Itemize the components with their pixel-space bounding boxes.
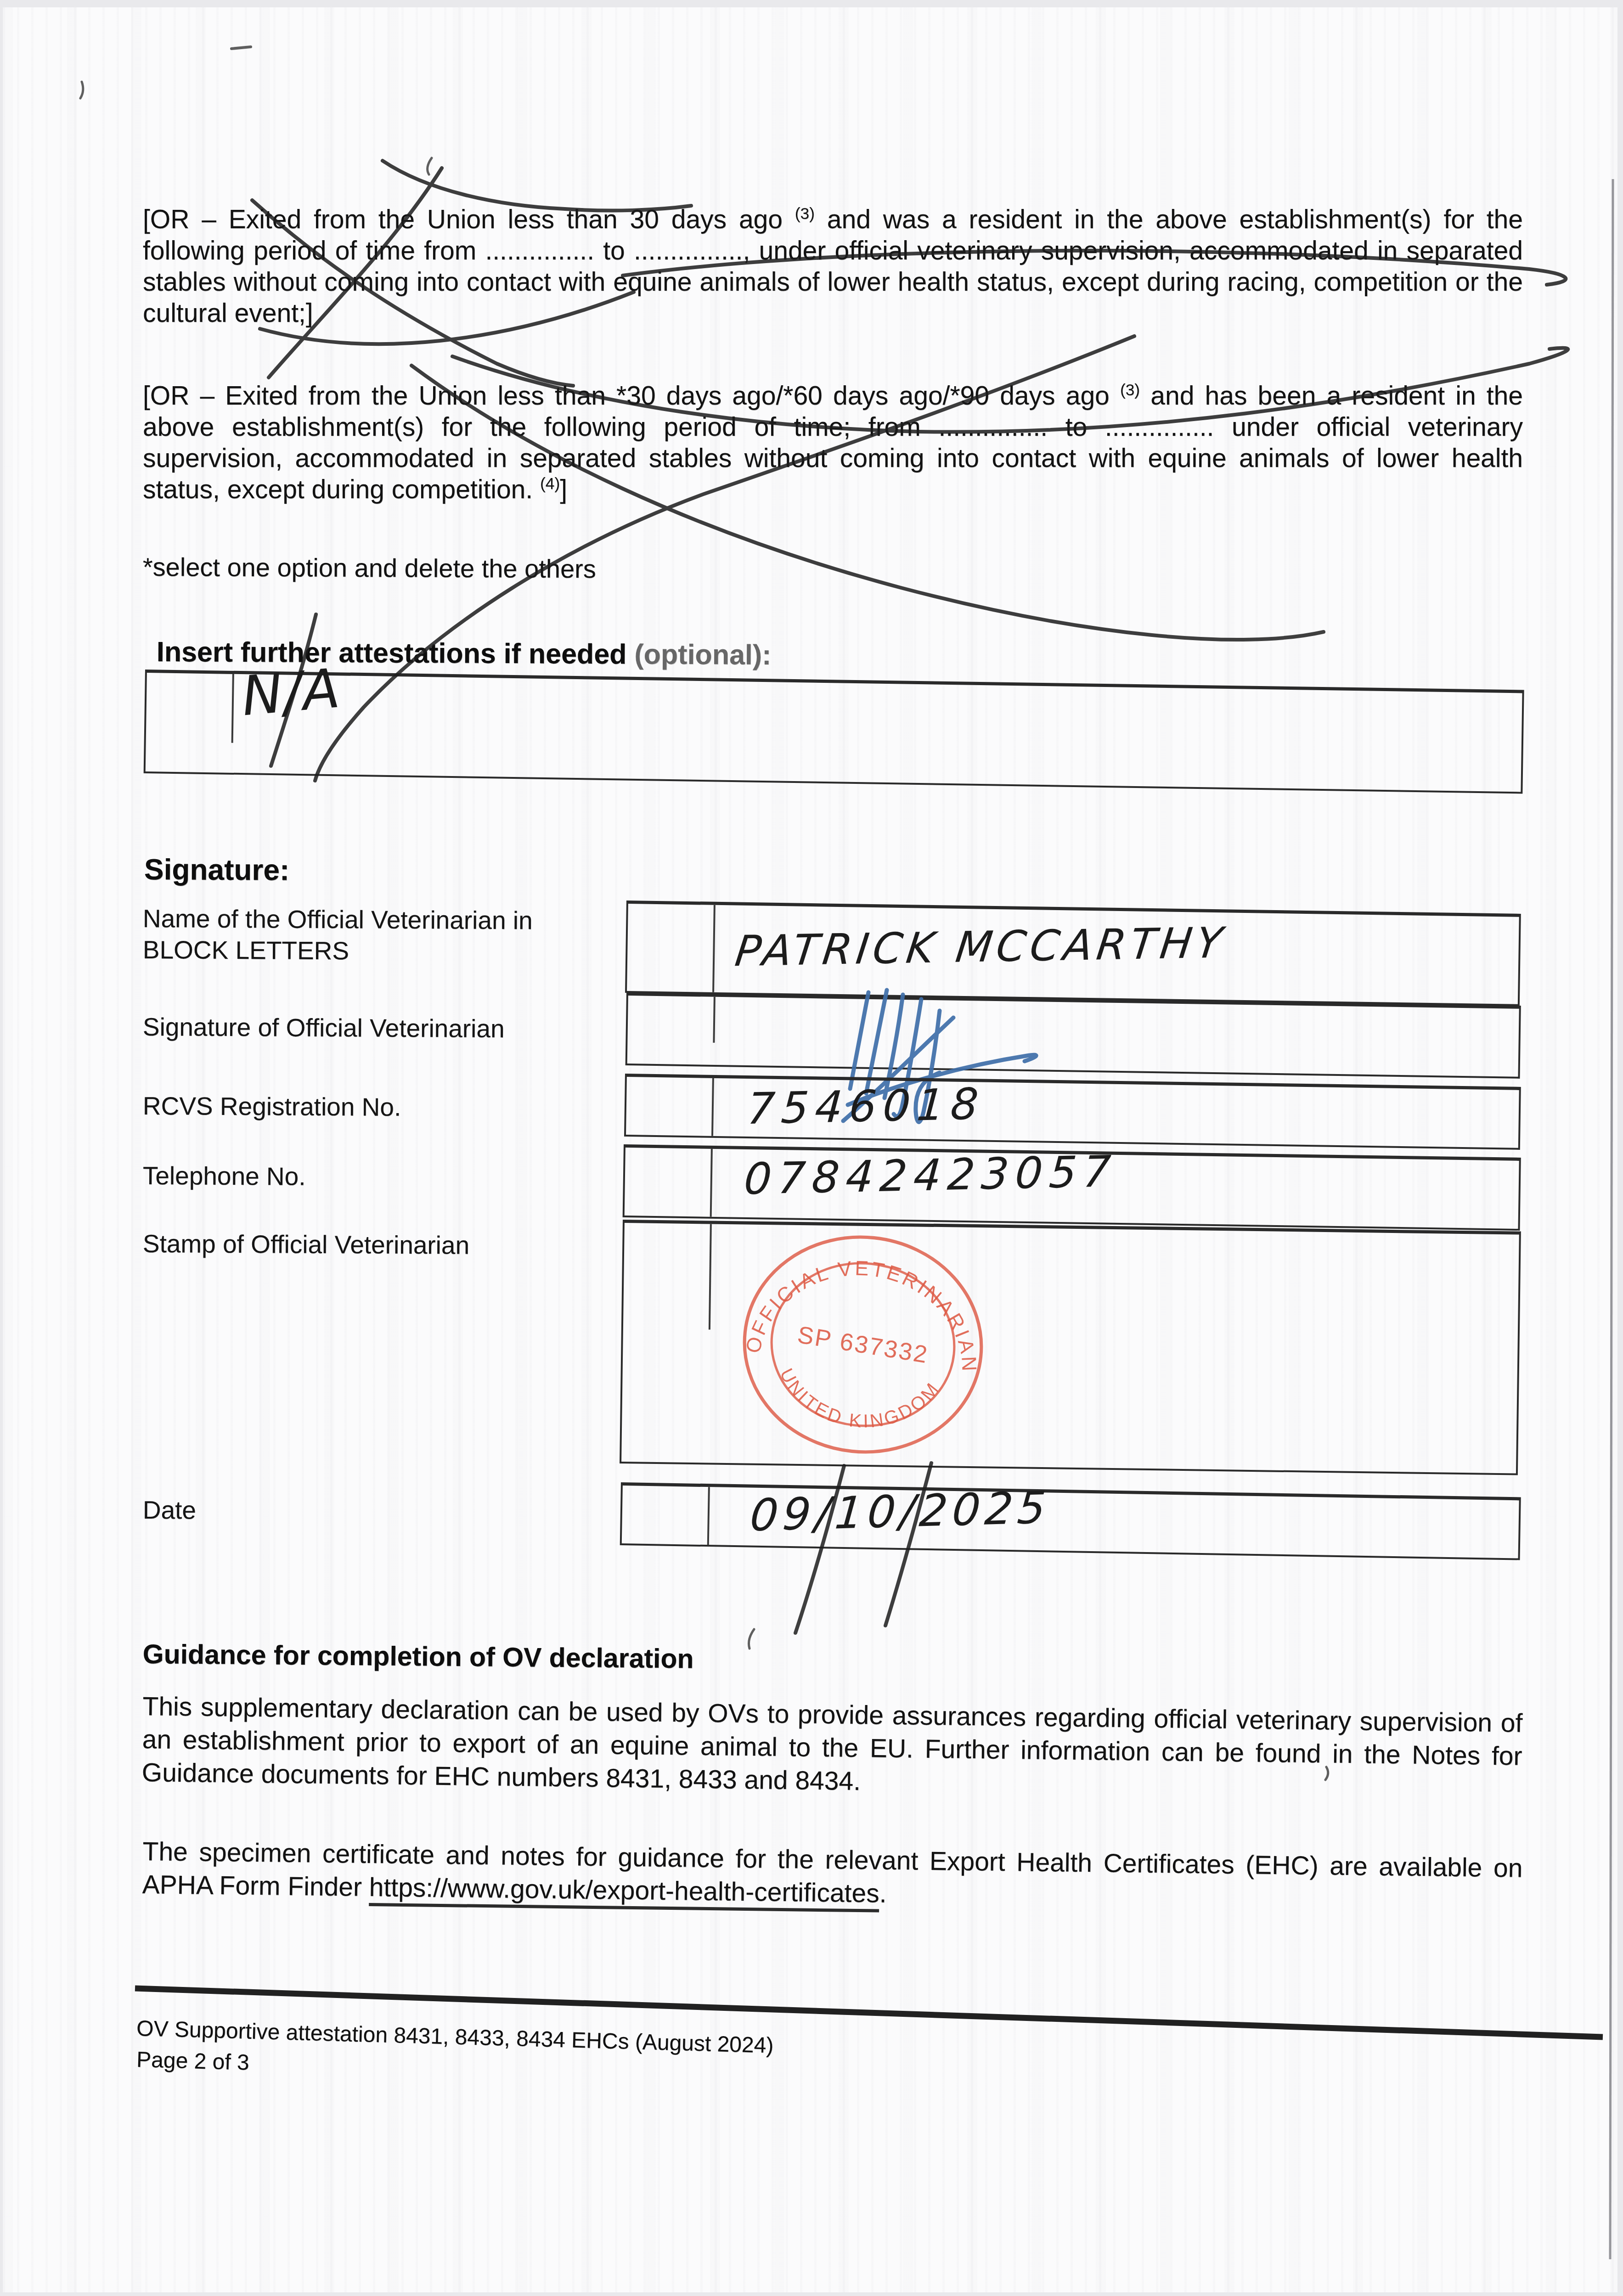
- rcvs-box-divider: [711, 1078, 714, 1136]
- attestation-value-handwritten: N/A: [239, 656, 343, 728]
- stamp-code-text: SP 637332: [795, 1321, 930, 1368]
- attestations-heading-optional: (optional):: [634, 638, 771, 670]
- official-veterinarian-stamp: OFFICIAL VETERINARIAN UNITED KINGDOM SP …: [721, 1215, 1005, 1474]
- document-page: [OR – Exited from the Union less than 30…: [3, 7, 1617, 2292]
- name-value-handwritten: PATRICK MCCARTHY: [733, 918, 1229, 976]
- date-value-handwritten: 09/10/2025: [748, 1482, 1052, 1541]
- guidance-paragraph-1: This supplementary declaration can be us…: [141, 1690, 1522, 1806]
- name-label-line2: BLOCK LETTERS: [143, 935, 349, 965]
- signature-heading: Signature:: [144, 852, 290, 887]
- stamp-box-divider: [709, 1224, 712, 1329]
- rcvs-label: RCVS Registration No.: [143, 1091, 401, 1122]
- name-box-divider: [712, 905, 716, 992]
- rcvs-value-handwritten: 7546018: [746, 1079, 986, 1134]
- attestations-heading-main: Insert further attestations if needed: [157, 636, 635, 670]
- attestation-box-divider: [231, 674, 234, 743]
- name-label-line1: Name of the Official Veterinarian in: [143, 904, 533, 935]
- attestations-input-box[interactable]: [144, 670, 1524, 794]
- footnote-3-marker: (3): [1120, 381, 1140, 399]
- telephone-label: Telephone No.: [143, 1161, 306, 1191]
- stamp-label: Stamp of Official Veterinarian: [143, 1229, 470, 1260]
- or-clause-1-text: [OR – Exited from the Union less than 30…: [143, 205, 795, 234]
- or-clause-1: [OR – Exited from the Union less than 30…: [143, 204, 1523, 329]
- scanned-ov-declaration-page: { "document": { "clauses": { "or_clause_…: [0, 0, 1623, 2296]
- select-option-note: *select one option and delete the others: [143, 552, 596, 584]
- or-clause-2: [OR – Exited from the Union less than *3…: [143, 380, 1523, 505]
- guidance-paragraph-2: The specimen certificate and notes for g…: [142, 1835, 1523, 1918]
- export-health-certificates-link[interactable]: https://www.gov.uk/export-health-certifi…: [369, 1873, 879, 1913]
- footnote-3-marker: (3): [795, 205, 815, 223]
- date-box-divider: [707, 1487, 710, 1545]
- stamp-arc-bottom-text: UNITED KINGDOM: [771, 1362, 945, 1440]
- guidance-heading: Guidance for completion of OV declaratio…: [142, 1638, 693, 1674]
- or-clause-2-text: [OR – Exited from the Union less than *3…: [143, 381, 1120, 411]
- signature-box-divider: [713, 997, 715, 1043]
- signature-label: Signature of Official Veterinarian: [143, 1012, 505, 1043]
- guidance-paragraph-2-end: .: [879, 1879, 887, 1908]
- date-label: Date: [143, 1495, 197, 1525]
- telephone-value-handwritten: 07842423057: [743, 1147, 1119, 1204]
- footnote-4-marker: (4): [540, 475, 560, 493]
- or-clause-2-end: ]: [560, 475, 567, 504]
- telephone-box-divider: [710, 1149, 713, 1217]
- footer-page-number: Page 2 of 3: [136, 2047, 250, 2076]
